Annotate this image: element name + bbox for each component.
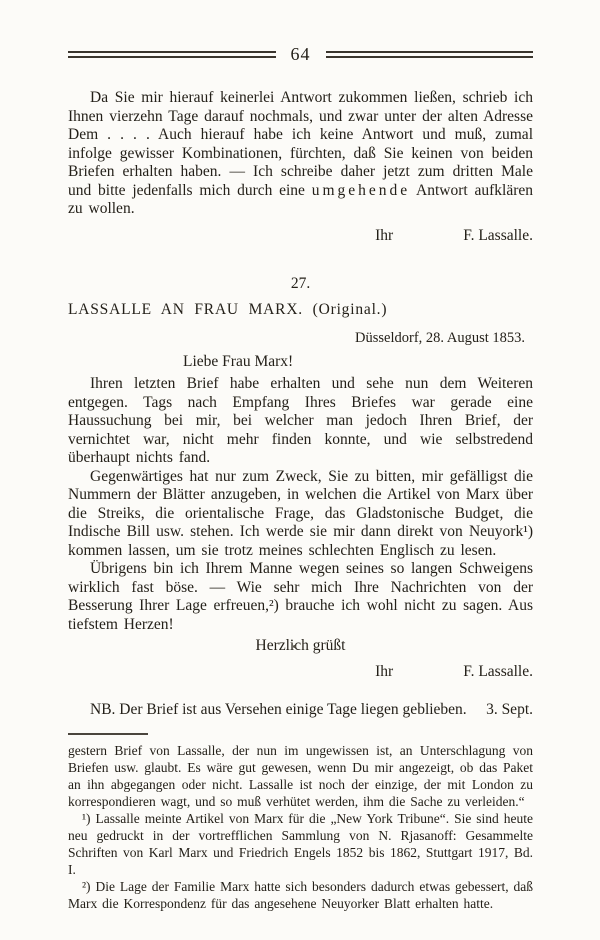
letter-27: 27. LASSALLE AN FRAU MARX. (Original.) D…: [68, 275, 533, 719]
signature-salutation: Ihr: [375, 227, 393, 246]
signature-line: Ihr F. Lassalle.: [68, 227, 533, 246]
scan-speck: [293, 645, 296, 648]
book-page: 64 Da Sie mir hierauf keinerlei Antwort …: [0, 0, 600, 940]
header-rule-right: [326, 51, 534, 58]
previous-letter-ending: Da Sie mir hierauf keinerlei Antwort zuk…: [68, 89, 533, 245]
emphasized-word: umgehende: [312, 182, 410, 199]
signature-name: F. Lassalle.: [463, 227, 533, 246]
signature-line: Ihr F. Lassalle.: [68, 663, 533, 682]
letter-paragraph: Übrigens bin ich Ihrem Manne wegen seine…: [68, 560, 533, 634]
header-rule-left: [68, 51, 276, 58]
salutation: Liebe Frau Marx!: [68, 353, 533, 371]
footnote-text: Die Lage der Familie Marx hatte sich bes…: [68, 879, 533, 911]
footnote-text: Lassalle meinte Artikel von Marx für die…: [68, 811, 533, 877]
footnotes-section: gestern Brief von Lassalle, der nun im u…: [68, 733, 533, 912]
footnote-separator-rule: [68, 733, 148, 735]
signature-name: F. Lassalle.: [463, 663, 533, 682]
letter-number: 27.: [68, 275, 533, 293]
footnote-continuation: gestern Brief von Lassalle, der nun im u…: [68, 742, 533, 810]
letter-paragraph: Ihren letzten Brief habe erhalten und se…: [68, 375, 533, 468]
footnote-marker: ¹): [82, 811, 91, 826]
page-header: 64: [68, 44, 533, 64]
footnote-2: ²) Die Lage der Familie Marx hatte sich …: [68, 878, 533, 912]
footnote-marker: ²): [82, 879, 91, 894]
footnote-1: ¹) Lassalle meinte Artikel von Marx für …: [68, 810, 533, 878]
letter-heading: LASSALLE AN FRAU MARX. (Original.): [68, 301, 533, 319]
nota-bene-date: 3. Sept.: [486, 701, 533, 719]
closing-formula: Herzlich grüßt: [68, 637, 533, 655]
letter-paragraph: Da Sie mir hierauf keinerlei Antwort zuk…: [68, 89, 533, 219]
signature-salutation: Ihr: [375, 663, 393, 682]
nota-bene-line: NB. Der Brief ist aus Versehen einige Ta…: [68, 701, 533, 719]
dateline: Düsseldorf, 28. August 1853.: [68, 330, 533, 346]
page-number: 64: [291, 44, 311, 64]
nota-bene-text: NB. Der Brief ist aus Versehen einige Ta…: [68, 701, 467, 719]
letter-paragraph: Gegenwärtiges hat nur zum Zweck, Sie zu …: [68, 468, 533, 561]
